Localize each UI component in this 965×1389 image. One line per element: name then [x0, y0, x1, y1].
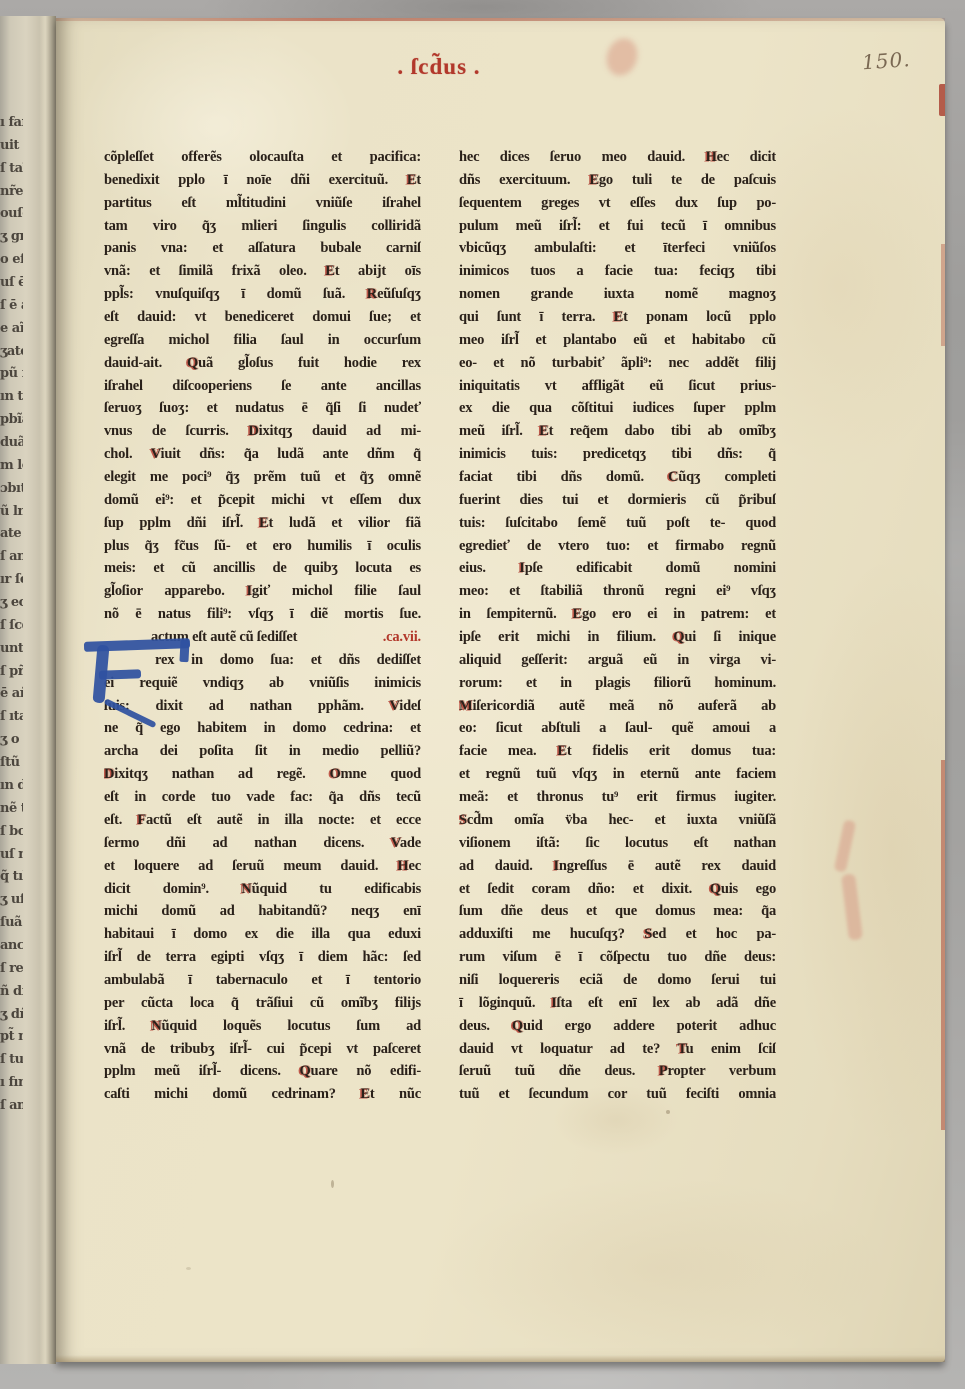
- facing-page-edge: ı fañuit aĩſ taĩ dınr̃e dñıouſq̃ dıʒ grã…: [0, 16, 56, 1364]
- text-line: iſrahel diſcooperiens ſe ante ancillas: [104, 375, 421, 398]
- rubricated-capital: E: [589, 172, 598, 188]
- text-line: et loquere ad ſeruũ meum dauid. Hec: [104, 855, 421, 878]
- ink-offset-mark: [841, 873, 863, 940]
- facing-page-line-fragment: unt aĩ: [0, 638, 23, 661]
- facing-page-line-fragment: ſ regẽ: [0, 958, 23, 981]
- rubricated-capital: V: [390, 698, 400, 714]
- text-line: egredieť de vtero tuo: et firmabo regnũ: [459, 535, 776, 558]
- rubricated-capital: Q: [299, 1063, 310, 1079]
- text-line: tuis: ſuſcitabo ſemẽ tuũ poſt te- quod: [459, 512, 776, 535]
- rubricated-capital: H: [706, 149, 717, 165]
- rubricated-capital: E: [325, 263, 334, 279]
- facing-page-line-fragment: ſ tuoʒ: [0, 1049, 23, 1072]
- facing-page-line-fragment: ʒ uſq̃: [0, 889, 23, 912]
- ink-speck: [666, 1110, 670, 1114]
- text-line: ſermo dñi ad nathan dicens. Vade: [104, 832, 421, 855]
- text-line: faciat tibi dñs domũ. Cũqʒ completi: [459, 466, 776, 489]
- facing-page-line-fragment: m locut⁹: [0, 455, 23, 478]
- facing-page-line-fragment: uſ ē aıt: [0, 272, 23, 295]
- facing-page-line-fragment: ũ ln q̃: [0, 501, 23, 524]
- text-line: ſum dñe deus et que domus mea: q̃a: [459, 900, 776, 923]
- rubricated-capital: M: [459, 698, 473, 714]
- facing-page-line-fragment: ſ anĩa: [0, 546, 23, 569]
- text-line: vnã de tribubʒ iſrl̃- cui p̃cepi vt paſc…: [104, 1038, 421, 1061]
- facing-page-line-fragment: ſ ē ante: [0, 295, 23, 318]
- rubricated-capital: E: [614, 309, 623, 325]
- text-line: Scd̃m omĩa v̈ba hec- et iuxta vniũſã: [459, 809, 776, 832]
- text-line: chol. Viuit dñs: q̃a ludã ante dñm q̃: [104, 443, 421, 466]
- rubricated-capital: Q: [710, 881, 721, 897]
- text-line: iſrl̃ de terra egipti vſqʒ ī diem hãc: ſ…: [104, 946, 421, 969]
- facing-page-line-fragment: ē añc: [0, 683, 23, 706]
- ink-speck: [186, 1267, 191, 1270]
- facing-page-line-fragment: o eſt ıbı: [0, 249, 23, 272]
- text-line: Miſericordiã autẽ meã nõ auferã ab: [459, 695, 776, 718]
- initial-serif: [179, 640, 189, 662]
- text-line: niſi loquereris eciã de domo ſerui tui: [459, 969, 776, 992]
- facing-page-line-fragment: ſ amē: [0, 1095, 23, 1118]
- text-line: habitaui ī domo ex die illa qua eduxi: [104, 923, 421, 946]
- text-line: aliquid geſſerit: arguã eũ in virga vi-: [459, 649, 776, 672]
- text-line: eſt dauid: vt benediceret domui ſue; et: [104, 306, 421, 329]
- text-line: dauid-ait. Quã gl̃oſus fuit hodie rex: [104, 352, 421, 375]
- text-line: meis: et cũ ancillis de quibʒ locuta es: [104, 557, 421, 580]
- rubricated-capital: H: [397, 858, 408, 874]
- text-line: meã: et thronus tu⁹ erit firmus iugiter.: [459, 786, 776, 809]
- chapter-rubric: .ca.vii.: [383, 626, 421, 649]
- text-column-right: hec dices ſeruo meo dauid. Hec dicitdñs …: [459, 146, 776, 1106]
- facing-page-line-fragment: ʒ dñe: [0, 1004, 23, 1027]
- rubricated-capital: R: [367, 286, 377, 302]
- facing-page-line-fragment: ı fañ: [0, 112, 23, 135]
- text-line: fuerint dies tui et dormieris cũ p̃ribuſ: [459, 489, 776, 512]
- text-line: deus. Quid ergo addere poterit adhuc: [459, 1015, 776, 1038]
- gutter-shadow: [26, 16, 56, 1364]
- rubricated-capital: I: [551, 995, 556, 1011]
- facing-page-line-fragment: nẽ tuũ: [0, 798, 23, 821]
- text-line: rum viſum ē ī cõſpectu tuo dñe deus:: [459, 946, 776, 969]
- facing-page-line-fragment: q̃ tıbı: [0, 866, 23, 889]
- text-line: egreſſa michol filia ſaul in occurſum: [104, 329, 421, 352]
- facing-page-line-fragment: ancıllã: [0, 935, 23, 958]
- text-line: gl̃oſior apparebo. Igiť michol filie ſau…: [104, 580, 421, 603]
- text-line: ppl̃s: vnuſquiſqʒ ī domũ ſuã. Reũſuſqʒ: [104, 283, 421, 306]
- rubricated-capital: E: [573, 606, 582, 622]
- ink-offset-mark: [834, 819, 857, 872]
- rubricated-capital: E: [557, 743, 566, 759]
- facing-page-line-fragment: ɔbıt ũ: [0, 478, 23, 501]
- rubricated-capital: E: [407, 172, 416, 188]
- text-line: ex die qua cõſtitui iudices ſuper pplm: [459, 397, 776, 420]
- text-line: rorum: et in plagis filiorũ hominum.: [459, 672, 776, 695]
- text-line: qui ſunt ī terra. Et ponam locũ pplo: [459, 306, 776, 329]
- text-line: dñs exercituum. Ego tuli te de paſcuis: [459, 169, 776, 192]
- text-column-left: cõpleſſet offerẽs olocauſta et pacifica:…: [104, 146, 421, 1106]
- facing-page-line-fragment: ſuã ē: [0, 912, 23, 935]
- text-line: ſeruũ tuũ dñe deus. Propter verbum: [459, 1060, 776, 1083]
- text-line: ſup pplm dñi iſrl̃. Et ludã et vilior fi…: [104, 512, 421, 535]
- text-line: iniquitatis vt affligãt eũ ſicut prius-: [459, 375, 776, 398]
- text-line: panis vna: et aſſatura bubale carniſ: [104, 237, 421, 260]
- rubricated-capital: E: [360, 1086, 369, 1102]
- rubricated-capital: T: [677, 1041, 685, 1057]
- facing-page-text-fragments: ı fañuit aĩſ taĩ dınr̃e dñıouſq̃ dıʒ grã…: [0, 112, 23, 1120]
- text-line: facie mea. Et fidelis erit domus tua:: [459, 740, 776, 763]
- text-line: ad dauid. Ingreſſus ē autẽ rex dauid: [459, 855, 776, 878]
- facing-page-line-fragment: e aĩt q̃: [0, 318, 23, 341]
- text-line: eius. Ipſe edificabit domũ nomini: [459, 557, 776, 580]
- text-line: archa dei poſita ſit in medio pelliũ?: [104, 740, 421, 763]
- facing-page-line-fragment: ſ pr̃is: [0, 661, 23, 684]
- text-line: meũ iſrl̃. Et req̃em dabo tibi ab omĩbʒ: [459, 420, 776, 443]
- facing-page-line-fragment: ʒ o dñe: [0, 729, 23, 752]
- text-line: meo iſrl̃ et plantabo eũ et habitabo cũ: [459, 329, 776, 352]
- facing-page-line-fragment: pũ ſı mē: [0, 363, 23, 386]
- red-edge-stain: [939, 84, 945, 116]
- text-line: iſrl̃. Nũquid loquẽs locutus ſum ad: [104, 1015, 421, 1038]
- text-line: eſt. Factũ eſt autẽ in illa nocte: et ec…: [104, 809, 421, 832]
- text-line: nomen grande iuxta nomẽ magnoʒ: [459, 283, 776, 306]
- rubricated-capital: N: [241, 881, 251, 897]
- red-edge-stain: [941, 760, 945, 1130]
- text-line: dicit domin⁹. Nũquid tu edificabis: [104, 878, 421, 901]
- facing-page-line-fragment: ın terrã: [0, 386, 23, 409]
- text-line: plus q̃ʒ fc̃us ſũ- et ero humilis ī ocul…: [104, 535, 421, 558]
- text-line: eſt in corde tuo vade fac: q̃a dñs tecũ: [104, 786, 421, 809]
- text-line: per cũcta loca q̃ trãſiui cũ omĩbʒ filij…: [104, 992, 421, 1015]
- rubricated-capital: D: [248, 423, 258, 439]
- text-line: hec dices ſeruo meo dauid. Hec dicit: [459, 146, 776, 169]
- text-line: vbicũqʒ ambulaſti: et īterfeci vniũſos: [459, 237, 776, 260]
- initial-mid-bar: [99, 669, 141, 679]
- text-line: nõ ē natus fili⁹: vſqʒ ī diẽ mortis ſue.: [104, 603, 421, 626]
- text-line: vnã: et ſimilã frixã oleo. Et abijt oīs: [104, 260, 421, 283]
- text-line: benedixit pplo ī noīe dñi exercituũ. Et: [104, 169, 421, 192]
- rubricated-capital: S: [644, 926, 652, 942]
- rubricated-capital: Q: [512, 1018, 523, 1034]
- manuscript-page: . ſcd̃us . 150. cõpleſſet offerẽs olocau…: [56, 18, 945, 1362]
- rubricated-capital: D: [104, 766, 114, 782]
- rubricated-capital: N: [151, 1018, 161, 1034]
- text-line: caſti michi domũ cedrinam? Et nũc: [104, 1083, 421, 1106]
- facing-page-line-fragment: ñ dıxıt: [0, 981, 23, 1004]
- facing-page-line-fragment: ſ bonı̃: [0, 821, 23, 844]
- text-line: pulum meũ iſrl̃: et fui tecũ ī omnibus: [459, 215, 776, 238]
- text-line: inimicis tuis: predicetqʒ tibi dñs: q̃: [459, 443, 776, 466]
- rubricated-capital: Q: [673, 629, 684, 645]
- text-line: dauid vt loquatur ad te? Tu enim ſciſ: [459, 1038, 776, 1061]
- facing-page-line-fragment: ſ taĩ dı: [0, 158, 23, 181]
- facing-page-line-fragment: ı fınẽ: [0, 1072, 23, 1095]
- facing-page-line-fragment: ate dñs: [0, 523, 23, 546]
- text-line: ſequentem greges vt eſſes dux ſup po-: [459, 192, 776, 215]
- text-line: et regnũ tuũ vſqʒ in eternũ ante faciem: [459, 763, 776, 786]
- rubricated-capital: E: [539, 423, 548, 439]
- facing-page-line-fragment: ır ſec⁹: [0, 569, 23, 592]
- facing-page-line-fragment: uit aĩ: [0, 135, 23, 158]
- rubricated-capital: I: [553, 858, 558, 874]
- text-line: ī lõginquũ. Iſta eſt enī lex ab adã dñe: [459, 992, 776, 1015]
- text-line: Dixitqʒ nathan ad regẽ. Omne quod: [104, 763, 421, 786]
- manuscript-photo: ı fañuit aĩſ taĩ dınr̃e dñıouſq̃ dıʒ grã…: [0, 0, 965, 1389]
- text-line: tuũ et ſecundum cor tuũ feciſti omnia: [459, 1083, 776, 1106]
- rubricated-capital: F: [137, 812, 146, 828]
- facing-page-line-fragment: ʒ eccē: [0, 592, 23, 615]
- facing-page-line-fragment: nr̃e dñı: [0, 181, 23, 204]
- text-line: ambulabã ī tabernaculo et ī tentorio: [104, 969, 421, 992]
- rubricated-capital: I: [246, 583, 251, 599]
- facing-page-line-fragment: duã nõ: [0, 432, 23, 455]
- text-line: meo: et ſtabiliã thronũ regni ei⁹ vſqʒ: [459, 580, 776, 603]
- text-line: ſeruoʒ ſuoʒ: et nudatus ē q̃ſi ſi nudeť: [104, 397, 421, 420]
- rubricated-capital: V: [151, 446, 161, 462]
- text-line: tam viro q̃ʒ mlieri ſingulis colliridã: [104, 215, 421, 238]
- red-edge-stain: [941, 244, 945, 346]
- text-line: viſionem iſtã: ſic locutus eſt nathan: [459, 832, 776, 855]
- rubricated-capital: S: [459, 812, 467, 828]
- facing-page-line-fragment: uſ mãſ: [0, 844, 23, 867]
- facing-page-line-fragment: ſ ıtaq̃: [0, 706, 23, 729]
- red-ink-smudge: [602, 34, 642, 79]
- rubricated-capital: E: [259, 515, 268, 531]
- ink-speck: [331, 1180, 334, 1188]
- running-title: . ſcd̃us .: [374, 54, 504, 80]
- text-line: vnus de ſcurris. Dixitqʒ dauid ad mi-: [104, 420, 421, 443]
- text-line: elegit me poci⁹ q̃ʒ prẽm tuũ et q̃ʒ omnẽ: [104, 466, 421, 489]
- text-line: eo- et nõ turbabiť ãpli⁹: nec addẽt fili…: [459, 352, 776, 375]
- folio-number: 150.: [861, 46, 933, 75]
- text-line: pplm meũ iſrl̃- dicens. Quare nõ edifi-: [104, 1060, 421, 1083]
- text-line: michi domũ ad habitandũ? neqʒ enī: [104, 900, 421, 923]
- text-line: et ſedit coram dño: et dixit. Quis ego: [459, 878, 776, 901]
- chapter-initial-F: [84, 638, 199, 722]
- text-line: in ſempiternũ. Ego ero ei in patrem: et: [459, 603, 776, 626]
- rubricated-capital: V: [391, 835, 400, 851]
- rubricated-capital: O: [329, 766, 340, 782]
- facing-page-line-fragment: ouſq̃ dı: [0, 203, 23, 226]
- text-line: eo: ſicut abſtuli a ſaul- quẽ amoui a: [459, 717, 776, 740]
- facing-page-line-fragment: pbĩa ſuã: [0, 409, 23, 432]
- rubricated-capital: C: [668, 469, 678, 485]
- text-line: partitus eſt ml̃titudini vniũſe iſrahel: [104, 192, 421, 215]
- facing-page-line-fragment: ſtũ mõ: [0, 752, 23, 775]
- rubricated-capital: Q: [187, 355, 198, 371]
- text-line: ipſe erit michi in filium. Qui ſi inique: [459, 626, 776, 649]
- facing-page-line-fragment: ʒ grãdı: [0, 226, 23, 249]
- rubricated-capital: I: [519, 560, 524, 576]
- text-line: domũ ei⁹: et p̃cepit michi vt eſſem dux: [104, 489, 421, 512]
- facing-page-line-fragment: ın domı: [0, 775, 23, 798]
- facing-page-line-fragment: pt̃ nrã: [0, 1026, 23, 1049]
- text-line: cõpleſſet offerẽs olocauſta et pacifica:: [104, 146, 421, 169]
- text-line: adduxiſti me hucuſqʒ? Sed et hoc pa-: [459, 923, 776, 946]
- facing-page-line-fragment: ʒate dñı: [0, 341, 23, 364]
- text-line: inimicos tuos a facie tua: feciqʒ tibi: [459, 260, 776, 283]
- rubricated-capital: P: [659, 1063, 668, 1079]
- facing-page-line-fragment: ſ ſcd̃o: [0, 615, 23, 638]
